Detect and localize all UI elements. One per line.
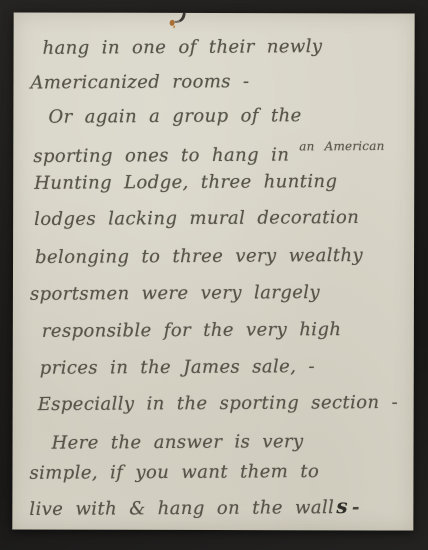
- handwritten-line: Americanized rooms -: [30, 71, 249, 93]
- handwritten-line: hang in one of their newly: [43, 36, 323, 59]
- handwritten-line: prices in the James sale, -: [40, 356, 315, 379]
- handwritten-line: Especially in the sporting section -: [38, 392, 399, 415]
- letter-paper: hang in one of their newly Americanized …: [12, 12, 414, 530]
- final-dash: -: [352, 497, 360, 518]
- handwritten-line: simple, if you want them to: [29, 461, 319, 484]
- rust-speck: [170, 20, 175, 26]
- handwritten-line: responsible for the very high: [42, 319, 342, 342]
- handwritten-line: lodges lacking mural decoration: [34, 207, 359, 230]
- handwritten-line: sportsmen were very largely: [30, 282, 320, 305]
- handwritten-line-text: sporting ones to hang in: [33, 144, 289, 167]
- darker-final-s: s: [336, 494, 348, 518]
- handwritten-line: Here the answer is very: [51, 431, 303, 454]
- handwritten-line: Or again a group of the: [48, 105, 301, 128]
- photo-background: hang in one of their newly Americanized …: [0, 0, 428, 550]
- handwritten-line: live with & hang on the walls-: [29, 494, 360, 520]
- ink-mark: [174, 11, 186, 25]
- handwritten-line: Hunting Lodge, three hunting: [34, 171, 337, 194]
- handwritten-line-text: live with & hang on the wall: [29, 497, 334, 520]
- handwritten-line: sporting ones to hang inan American: [33, 139, 384, 167]
- inserted-text-above-line: an American: [299, 139, 384, 154]
- handwritten-line: belonging to three very wealthy: [35, 245, 363, 268]
